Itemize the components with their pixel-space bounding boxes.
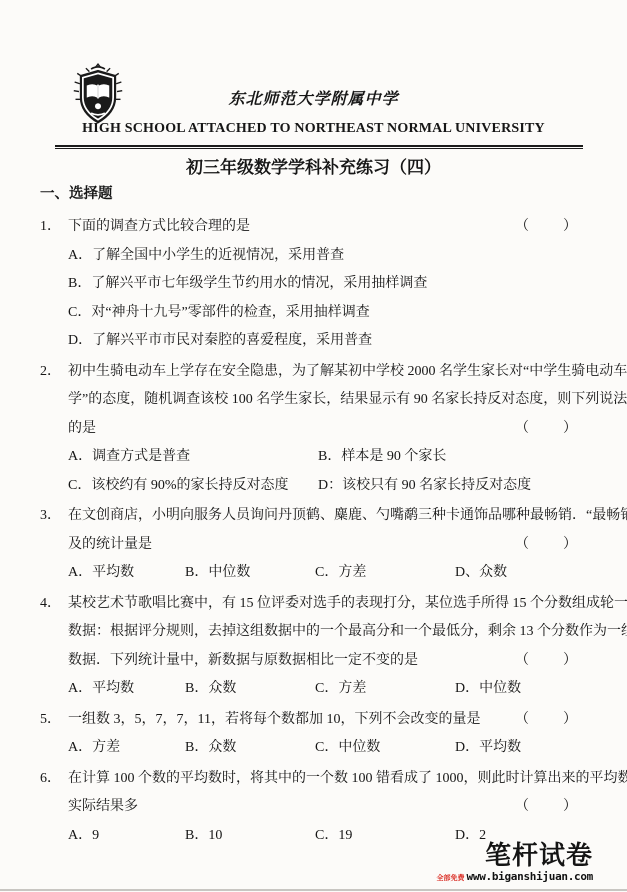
question-number: 4． xyxy=(40,590,68,619)
document-title: 初三年级数学学科补充练习（四） xyxy=(0,156,627,180)
answer-blank: （ ） xyxy=(507,647,579,676)
option: A．方差 xyxy=(68,734,185,763)
question-text: 的是 xyxy=(68,415,96,444)
question-text: 数据：根据评分规则，去掉这组数据中的一个最高分和一个最低分，剩余 13 个分数作… xyxy=(68,618,627,647)
option: B．样本是 90 个家长 xyxy=(318,443,579,472)
school-name-english: HIGH SCHOOL ATTACHED TO NORTHEAST NORMAL… xyxy=(0,121,627,137)
question: 3．在文创商店，小明向服务人员询问丹顶鹤、麋鹿、勺嘴鹬三种卡通饰品哪种最畅销．“… xyxy=(40,502,579,588)
questions: 1．下面的调查方式比较合理的是（ ）A．了解全国中小学生的近视情况，采用普查B．… xyxy=(40,213,579,850)
question-text: 下面的调查方式比较合理的是 xyxy=(68,213,250,242)
question-line: 实际结果多（ ） xyxy=(40,793,579,822)
question: 1．下面的调查方式比较合理的是（ ）A．了解全国中小学生的近视情况，采用普查B．… xyxy=(40,213,579,356)
watermark-url-row: 全部免费 www.biganshijuan.com xyxy=(437,870,593,883)
question-line: 6．在计算 100 个数的平均数时，将其中的一个数 100 错看成了 1000，… xyxy=(40,765,579,794)
question-line: 数据：根据评分规则，去掉这组数据中的一个最高分和一个最低分，剩余 13 个分数作… xyxy=(40,618,579,647)
school-name-chinese: 东北师范大学附属中学 xyxy=(0,86,627,109)
watermark-brand: 笔杆试卷 xyxy=(437,842,593,870)
answer-blank: （ ） xyxy=(507,415,579,444)
answer-blank: （ ） xyxy=(507,793,579,822)
question-line: 2．初中生骑电动车上学存在安全隐患，为了解某初中学校 2000 名学生家长对“中… xyxy=(40,358,579,387)
option: B．众数 xyxy=(185,675,315,704)
option: D、众数 xyxy=(455,559,579,588)
option: D．中位数 xyxy=(455,675,579,704)
answer-blank: （ ） xyxy=(507,531,579,560)
question-text: 数据．下列统计量中，新数据与原数据相比一定不变的是 xyxy=(68,647,418,676)
question-line: 数据．下列统计量中，新数据与原数据相比一定不变的是（ ） xyxy=(40,647,579,676)
paper-body: 一、选择题 1．下面的调查方式比较合理的是（ ）A．了解全国中小学生的近视情况，… xyxy=(0,183,627,850)
question: 2．初中生骑电动车上学存在安全隐患，为了解某初中学校 2000 名学生家长对“中… xyxy=(40,358,579,501)
option: C．方差 xyxy=(315,559,455,588)
options: A．平均数B．众数C．方差D．中位数 xyxy=(40,675,579,704)
paper-header: 东北师范大学附属中学 HIGH SCHOOL ATTACHED TO NORTH… xyxy=(0,0,627,152)
question-text: 实际结果多 xyxy=(68,793,138,822)
option: C．中位数 xyxy=(315,734,455,763)
answer-blank: （ ） xyxy=(507,706,579,735)
question-text: 在文创商店，小明向服务人员询问丹顶鹤、麋鹿、勺嘴鹬三种卡通饰品哪种最畅销．“最畅… xyxy=(68,502,627,531)
question-text: 一组数 3，5，7，7，11，若将每个数都加 10，下列不会改变的量是 xyxy=(68,706,480,735)
question-line: 4．某校艺术节歌唱比赛中，有 15 位评委对选手的表现打分，某位选手所得 15 … xyxy=(40,590,579,619)
question-number: 3． xyxy=(40,502,68,531)
answer-blank: （ ） xyxy=(507,213,579,242)
option: C．该校约有 90%的家长持反对态度 xyxy=(68,472,318,501)
question-line: 1．下面的调查方式比较合理的是（ ） xyxy=(40,213,579,242)
options: A．方差B．众数C．中位数D．平均数 xyxy=(40,734,579,763)
option: A．调查方式是普查 xyxy=(68,443,318,472)
question-line: 学”的态度，随机调查该校 100 名学生家长，结果显示有 90 名家长持反对态度… xyxy=(40,386,579,415)
option: D：该校只有 90 名家长持反对态度 xyxy=(318,472,579,501)
option: A．了解全国中小学生的近视情况，采用普查 xyxy=(68,242,579,271)
question-number: 1． xyxy=(40,213,68,242)
site-watermark: 笔杆试卷 全部免费 www.biganshijuan.com xyxy=(437,842,593,883)
option: A．9 xyxy=(68,822,185,851)
option: B．中位数 xyxy=(185,559,315,588)
option: A．平均数 xyxy=(68,675,185,704)
option: B．众数 xyxy=(185,734,315,763)
question-number: 6． xyxy=(40,765,68,794)
option: C．方差 xyxy=(315,675,455,704)
option: D．了解兴平市市民对秦腔的喜爱程度，采用普查 xyxy=(68,327,579,356)
options: A．调查方式是普查B．样本是 90 个家长C．该校约有 90%的家长持反对态度D… xyxy=(40,443,579,500)
header-double-rule xyxy=(55,145,583,149)
question-text: 在计算 100 个数的平均数时，将其中的一个数 100 错看成了 1000，则此… xyxy=(68,765,627,794)
question-line: 及的统计量是（ ） xyxy=(40,531,579,560)
question-line: 的是（ ） xyxy=(40,415,579,444)
options: A．了解全国中小学生的近视情况，采用普查B．了解兴平市七年级学生节约用水的情况，… xyxy=(40,242,579,356)
question: 4．某校艺术节歌唱比赛中，有 15 位评委对选手的表现打分，某位选手所得 15 … xyxy=(40,590,579,704)
options: A．平均数B．中位数C．方差D、众数 xyxy=(40,559,579,588)
option: B．了解兴平市七年级学生节约用水的情况，采用抽样调查 xyxy=(68,270,579,299)
question-line: 3．在文创商店，小明向服务人员询问丹顶鹤、麋鹿、勺嘴鹬三种卡通饰品哪种最畅销．“… xyxy=(40,502,579,531)
scan-bottom-edge xyxy=(0,889,627,891)
question-number: 2． xyxy=(40,358,68,387)
question-text: 初中生骑电动车上学存在安全隐患，为了解某初中学校 2000 名学生家长对“中学生… xyxy=(68,358,627,387)
option: A．平均数 xyxy=(68,559,185,588)
option: B．10 xyxy=(185,822,315,851)
question-text: 及的统计量是 xyxy=(68,531,152,560)
option: C．对“神舟十九号”零部件的检查，采用抽样调查 xyxy=(68,299,579,328)
section-heading: 一、选择题 xyxy=(40,183,579,205)
watermark-tagline: 全部免费 xyxy=(437,873,465,883)
question-text: 某校艺术节歌唱比赛中，有 15 位评委对选手的表现打分，某位选手所得 15 个分… xyxy=(68,590,627,619)
question: 6．在计算 100 个数的平均数时，将其中的一个数 100 错看成了 1000，… xyxy=(40,765,579,851)
question-number: 5． xyxy=(40,706,68,735)
question-text: 学”的态度，随机调查该校 100 名学生家长，结果显示有 90 名家长持反对态度… xyxy=(68,386,627,415)
question: 5．一组数 3，5，7，7，11，若将每个数都加 10，下列不会改变的量是（ ）… xyxy=(40,706,579,763)
watermark-url: www.biganshijuan.com xyxy=(467,870,593,883)
question-line: 5．一组数 3，5，7，7，11，若将每个数都加 10，下列不会改变的量是（ ） xyxy=(40,706,579,735)
option: C．19 xyxy=(315,822,455,851)
exam-paper-scan: 东北师范大学附属中学 HIGH SCHOOL ATTACHED TO NORTH… xyxy=(0,0,627,892)
option: D．平均数 xyxy=(455,734,579,763)
